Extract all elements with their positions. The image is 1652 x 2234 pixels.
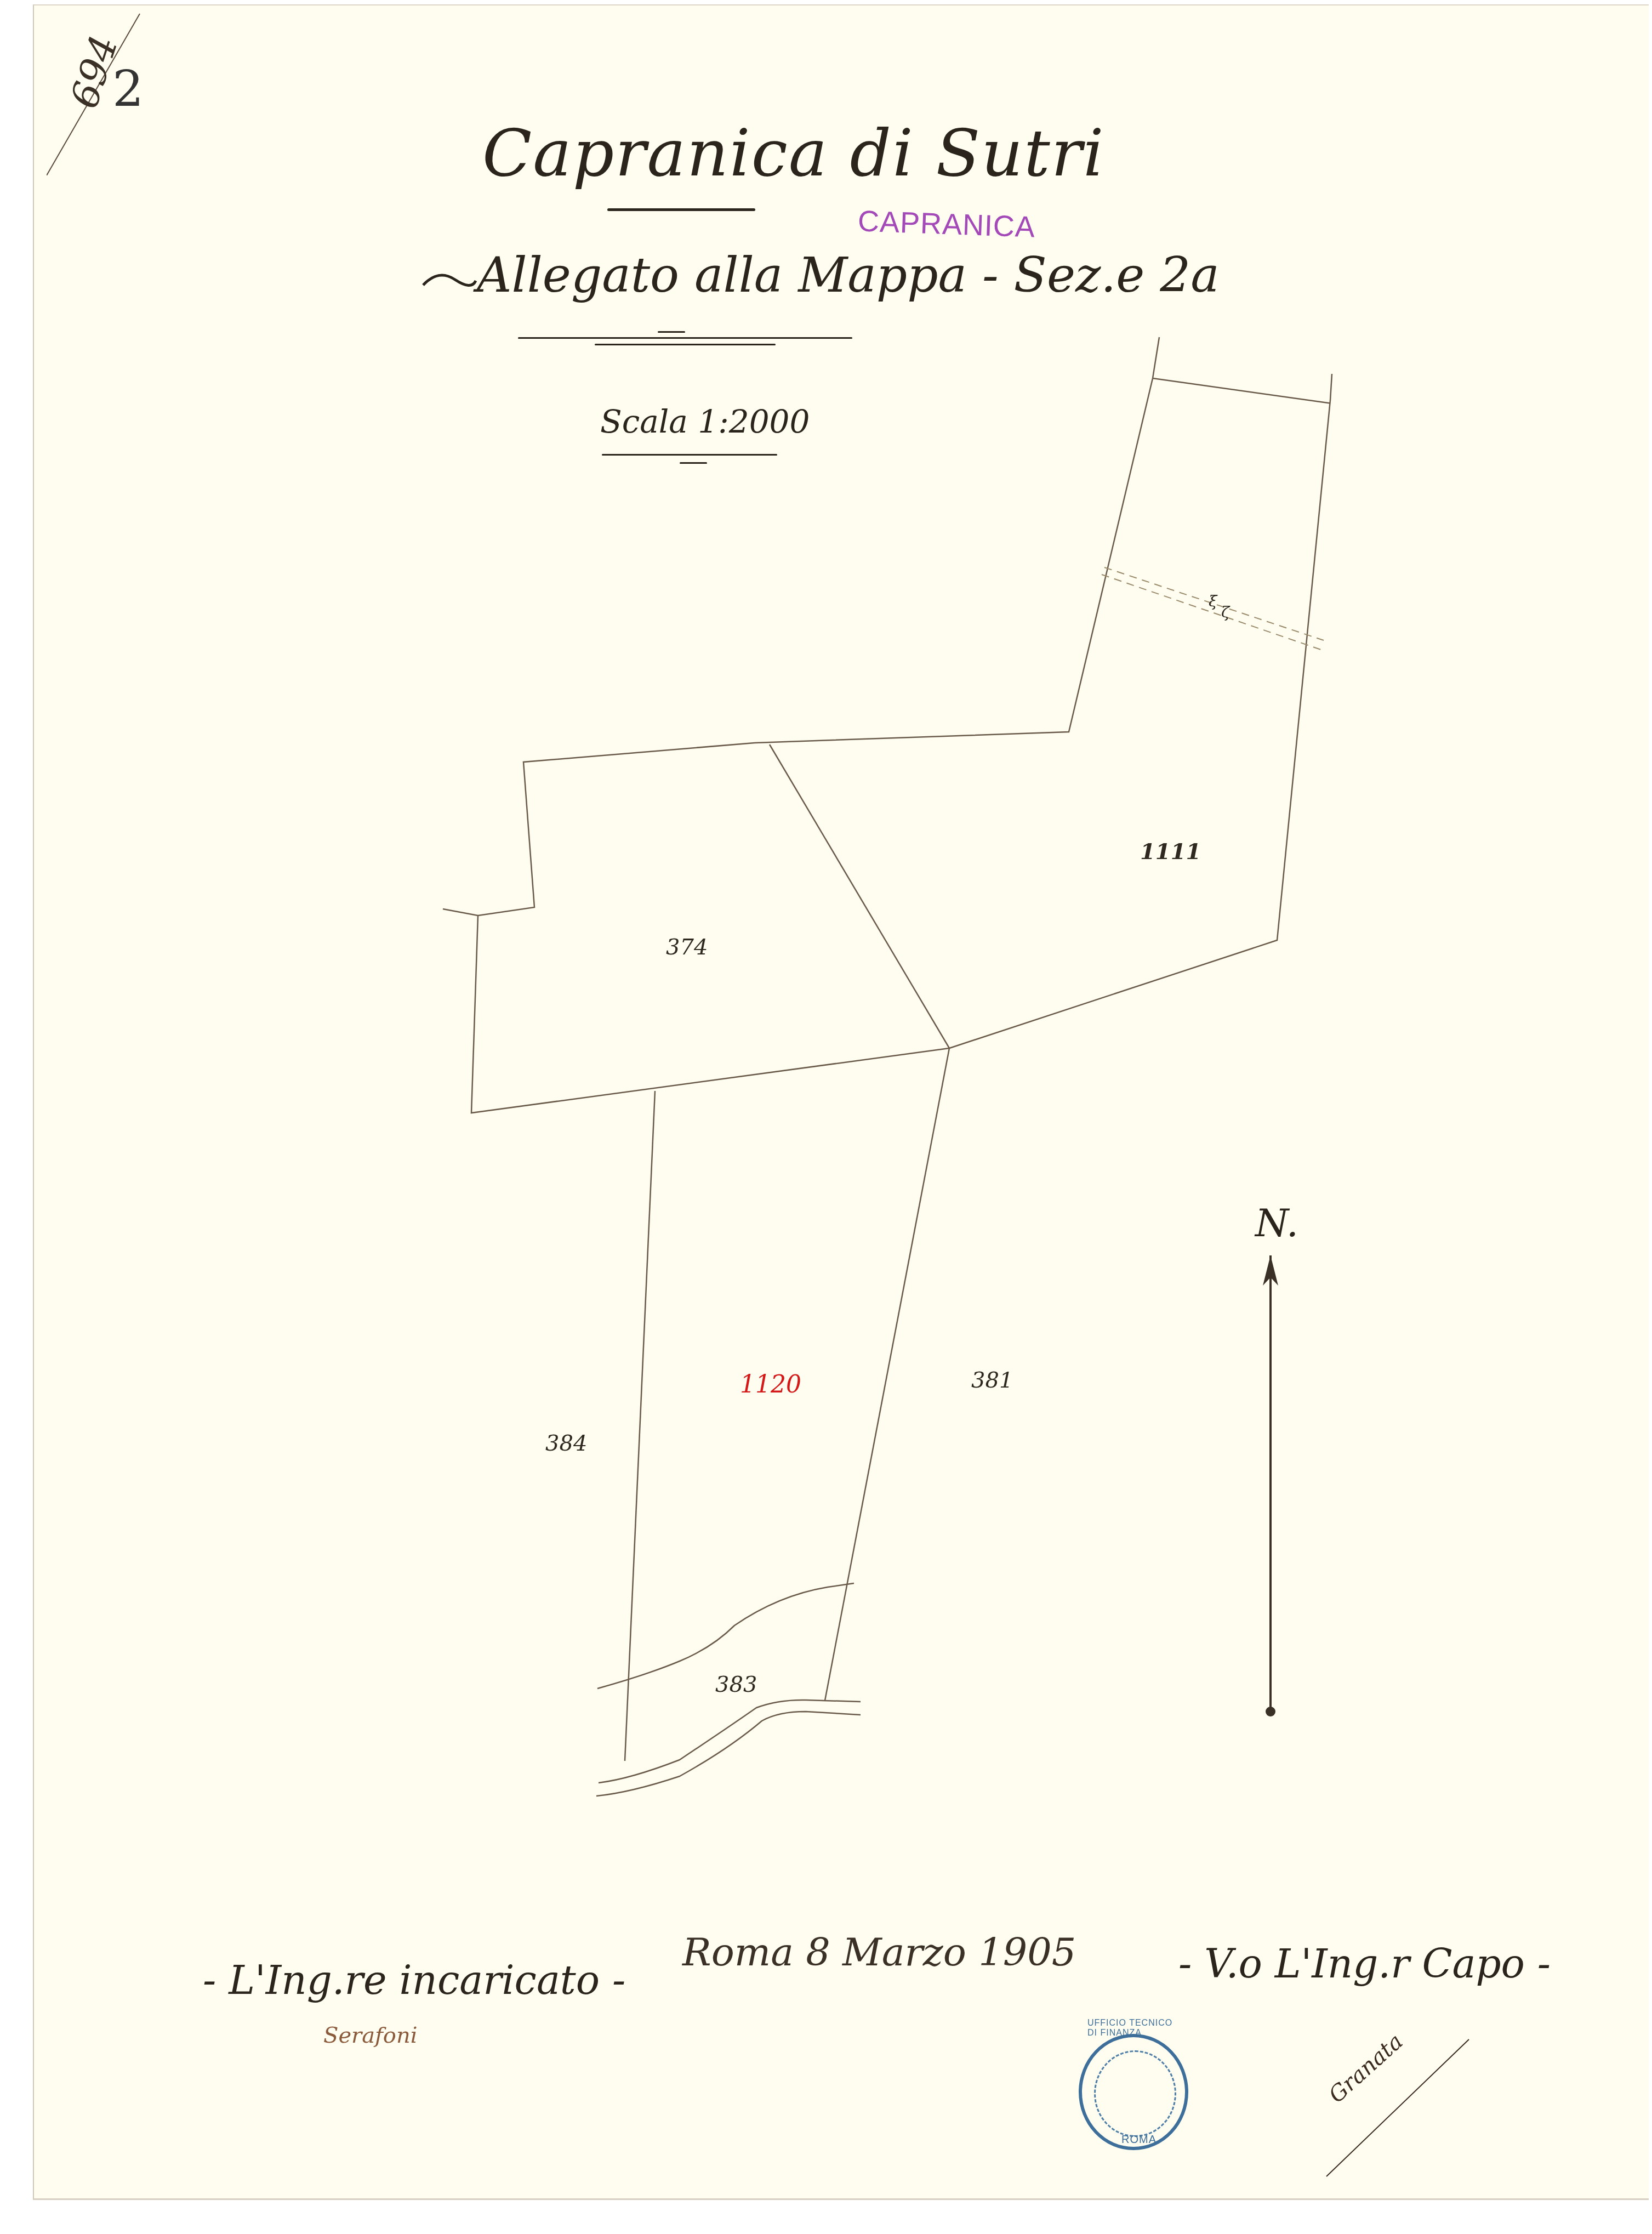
parcel-boundary-374 — [443, 743, 755, 916]
parcel-label-383: 383 — [715, 1672, 757, 1697]
left-signature: Serafoni — [323, 2023, 417, 2048]
seal-emblem-icon — [1094, 2050, 1176, 2137]
road-marker-1: ξ — [1209, 592, 1217, 610]
right-signature-title: - V.o L'Ing.r Capo - — [1178, 1941, 1551, 1987]
cadastral-map — [0, 0, 1652, 2234]
seal-bottom-text: ROMA — [1121, 2134, 1157, 2146]
boundary-1120-east — [825, 1048, 949, 1701]
road-lower-edge — [596, 1712, 861, 1796]
parcel-label-384: 384 — [545, 1431, 587, 1456]
parcel-label-374: 374 — [666, 935, 708, 960]
right-signature-flourish — [1315, 2028, 1480, 2193]
left-signature-title: - L'Ing.re incaricato - — [203, 1957, 625, 2003]
boundary-1120-west — [625, 1091, 655, 1761]
parcel-label-381: 381 — [971, 1368, 1013, 1393]
office-seal: UFFICIO TECNICO DI FINANZA ROMA — [1079, 2034, 1188, 2150]
north-label: N. — [1255, 1201, 1298, 1246]
parcel-boundary-1111 — [755, 337, 1159, 743]
parcel-label-1111: 1111 — [1140, 839, 1201, 865]
north-arrow-icon — [1263, 1255, 1278, 1716]
road-marker-2: ζ — [1221, 603, 1229, 621]
seal-top-text: UFFICIO TECNICO DI FINANZA — [1087, 2019, 1185, 2038]
parcel-label-1120: 1120 — [740, 1371, 801, 1399]
place-date: Roma 8 Marzo 1905 — [682, 1930, 1076, 1975]
